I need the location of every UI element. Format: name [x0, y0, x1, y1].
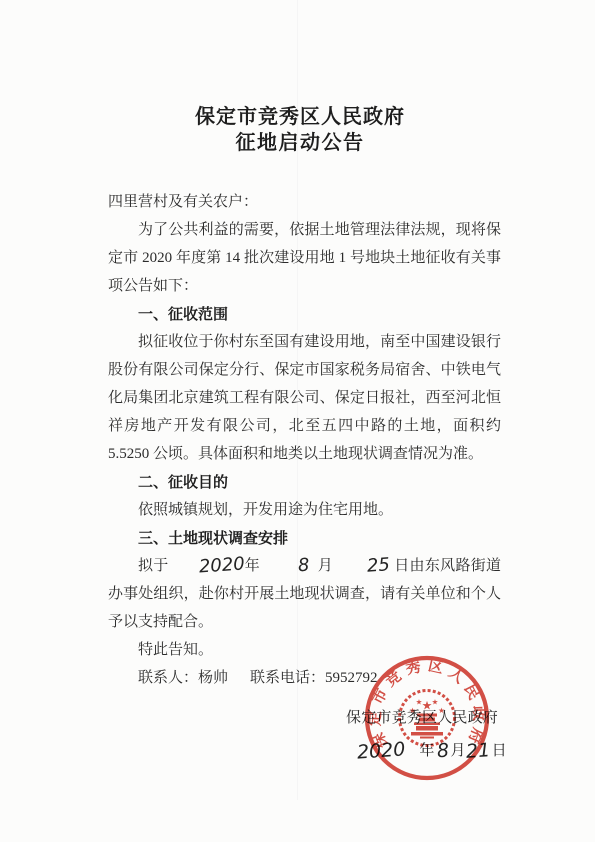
contact-person-label: 联系人：: [138, 670, 198, 686]
signature-date: 2020年8月21日: [357, 738, 508, 764]
document-title: 保定市竞秀区人民政府 征地启动公告: [100, 103, 500, 156]
section-1-body: 拟征收位于你村东至国有建设用地，南至中国建设银行股份有限公司保定分行、保定市国家…: [108, 328, 501, 468]
section-3-heading: 三、土地现状调查安排: [108, 524, 501, 552]
sign-year-unit: 年: [419, 743, 434, 759]
month-unit: 月: [317, 558, 333, 574]
handwritten-sign-day: 21: [466, 741, 491, 762]
intro-paragraph: 为了公共利益的需要，依据土地管理法律法规，现将保定市 2020 年度第 14 批…: [108, 216, 501, 300]
title-line-2: 征地启动公告: [100, 129, 500, 156]
sign-day-unit: 日: [492, 743, 507, 759]
document-page: 保定市竞秀区人民政府 征地启动公告 四里营村及有关农户： 为了公共利益的需要，依…: [0, 0, 595, 842]
contact-phone-number: 5952792: [325, 670, 378, 686]
handwritten-sign-year: 2020: [356, 740, 406, 762]
contact-phone-label: 联系电话：: [250, 670, 325, 686]
closing-line: 特此告知。: [108, 636, 501, 664]
handwritten-year: 2020: [168, 555, 245, 578]
handwritten-day: 25: [336, 556, 390, 578]
salutation: 四里营村及有关农户：: [108, 188, 501, 216]
section-2-heading: 二、征收目的: [108, 468, 501, 496]
handwritten-month: 8: [267, 557, 310, 578]
document-body: 四里营村及有关农户： 为了公共利益的需要，依据土地管理法律法规，现将保定市 20…: [108, 188, 501, 692]
section-3-body: 拟于2020年8月25日由东风路街道办事处组织，赴你村开展土地现状调查，请有关单…: [108, 552, 501, 636]
section-2-body: 依照城镇规划，开发用途为住宅用地。: [108, 496, 501, 524]
contact-person-name: 杨帅: [198, 670, 228, 686]
section-1-heading: 一、征收范围: [108, 300, 501, 328]
survey-prefix: 拟于: [138, 558, 169, 574]
title-line-1: 保定市竞秀区人民政府: [100, 103, 500, 129]
handwritten-sign-month: 8: [437, 742, 450, 762]
contact-line: 联系人：杨帅联系电话：5952792: [108, 664, 501, 692]
sign-month-unit: 月: [450, 743, 465, 759]
year-unit: 年: [244, 558, 260, 574]
signature-issuer: 保定市竞秀区人民政府: [346, 705, 498, 731]
